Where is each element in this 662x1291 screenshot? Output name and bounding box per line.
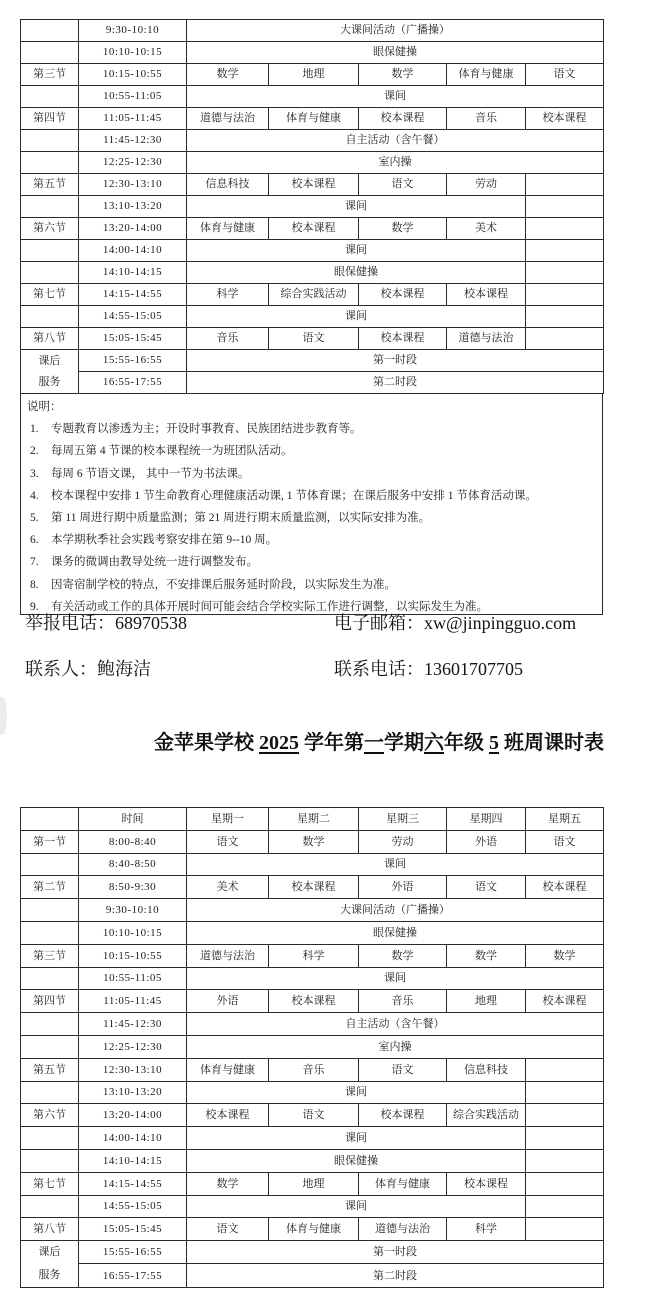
- period-cell: [21, 1195, 79, 1218]
- header-cell: 星期一: [187, 808, 269, 831]
- subject-cell: 音乐: [447, 108, 526, 130]
- note-item: 3.每周 6 节语文课， 其中一节为书法课。: [27, 463, 594, 485]
- time-cell: 10:10-10:15: [79, 921, 187, 944]
- subject-cell: 科学: [187, 284, 269, 306]
- time-cell: 14:55-15:05: [79, 306, 187, 328]
- time-cell: 14:15-14:55: [79, 284, 187, 306]
- subject-cell: 数学: [187, 1172, 269, 1195]
- span-cell: 第一时段: [187, 350, 604, 372]
- schedule-row: 课后服务15:55-16:55第一时段: [21, 1241, 604, 1264]
- subject-cell: 音乐: [269, 1058, 359, 1081]
- subject-cell: [526, 1127, 604, 1150]
- note-item: 5.第 11 周进行期中质量监测；第 21 周进行期末质量监测，以实际安排为准。: [27, 507, 594, 529]
- schedule-row: 14:10-14:15眼保健操: [21, 1149, 604, 1172]
- subject-cell: 音乐: [187, 328, 269, 350]
- subject-cell: 数学: [359, 218, 447, 240]
- time-cell: 10:55-11:05: [79, 967, 187, 990]
- subject-cell: 校本课程: [526, 108, 604, 130]
- subject-cell: 校本课程: [359, 284, 447, 306]
- period-cell: [21, 152, 79, 174]
- time-cell: 10:55-11:05: [79, 86, 187, 108]
- note-number: 7.: [27, 551, 51, 573]
- time-cell: 14:00-14:10: [79, 240, 187, 262]
- schedule-row: 10:10-10:15眼保健操: [21, 921, 604, 944]
- notes-list: 1.专题教育以渗透为主；开设时事教育、民族团结进步教育等。2.每周五第 4 节课…: [27, 418, 594, 615]
- schedule-row: 10:55-11:05课间: [21, 967, 604, 990]
- subject-cell: 校本课程: [269, 218, 359, 240]
- report-phone-label: 举报电话：: [25, 613, 115, 633]
- schedule-row: 课后服务15:55-16:55第一时段: [21, 350, 604, 372]
- subject-cell: 校本课程: [359, 108, 447, 130]
- schedule-row: 第七节14:15-14:55数学地理体育与健康校本课程: [21, 1172, 604, 1195]
- period-cell: 第五节: [21, 174, 79, 196]
- period-cell: [21, 967, 79, 990]
- schedule-row: 第五节12:30-13:10体育与健康音乐语文信息科技: [21, 1058, 604, 1081]
- schedule-row: 第七节14:15-14:55科学综合实践活动校本课程校本课程: [21, 284, 604, 306]
- schedule-row: 第三节10:15-10:55道德与法治科学数学数学数学: [21, 944, 604, 967]
- subject-cell: 数学: [447, 944, 526, 967]
- header-row: 时间星期一星期二星期三星期四星期五: [21, 808, 604, 831]
- period-cell: [21, 1081, 79, 1104]
- contact-phone-label: 联系电话：: [334, 659, 424, 679]
- notes-heading: 说明：: [27, 396, 62, 418]
- previous-class-schedule-table: 9:30-10:10大课间活动（广播操）10:10-10:15眼保健操第三节10…: [20, 19, 604, 394]
- note-item: 1.专题教育以渗透为主；开设时事教育、民族团结进步教育等。: [27, 418, 594, 440]
- time-cell: 10:15-10:55: [79, 944, 187, 967]
- subject-cell: 音乐: [359, 990, 447, 1013]
- subject-cell: 数学: [359, 944, 447, 967]
- period-cell: 第五节: [21, 1058, 79, 1081]
- page-edge-artifact: [0, 697, 7, 735]
- subject-cell: 语文: [187, 830, 269, 853]
- time-cell: 14:10-14:15: [79, 262, 187, 284]
- subject-cell: 数学: [269, 830, 359, 853]
- period-cell: 第六节: [21, 1104, 79, 1127]
- subject-cell: 数学: [187, 64, 269, 86]
- span-cell: 眼保健操: [187, 42, 604, 64]
- subject-cell: 校本课程: [187, 1104, 269, 1127]
- span-cell: 第一时段: [187, 1241, 604, 1264]
- time-cell: 13:10-13:20: [79, 196, 187, 218]
- header-cell: 星期三: [359, 808, 447, 831]
- subject-cell: 美术: [447, 218, 526, 240]
- subject-cell: 校本课程: [447, 1172, 526, 1195]
- subject-cell: 体育与健康: [269, 108, 359, 130]
- schedule-row: 9:30-10:10大课间活动（广播操）: [21, 20, 604, 42]
- note-number: 4.: [27, 485, 51, 507]
- time-cell: 12:25-12:30: [79, 152, 187, 174]
- time-cell: 8:50-9:30: [79, 876, 187, 899]
- span-cell: 课间: [187, 86, 604, 108]
- title-segment: 2025: [259, 732, 299, 754]
- span-cell: 自主活动（含午餐）: [187, 130, 604, 152]
- time-cell: 14:15-14:55: [79, 1172, 187, 1195]
- period-cell: [21, 306, 79, 328]
- period-cell: 第一节: [21, 830, 79, 853]
- time-cell: 10:15-10:55: [79, 64, 187, 86]
- schedule-row: 10:10-10:15眼保健操: [21, 42, 604, 64]
- contact-phone-value: 13601707705: [424, 659, 523, 679]
- note-item: 6.本学期秋季社会实践考察安排在第 9--10 周。: [27, 529, 594, 551]
- span-cell: 眼保健操: [187, 921, 604, 944]
- subject-cell: 语文: [447, 876, 526, 899]
- note-number: 5.: [27, 507, 51, 529]
- time-cell: 15:05-15:45: [79, 328, 187, 350]
- subject-cell: 体育与健康: [447, 64, 526, 86]
- time-cell: 10:10-10:15: [79, 42, 187, 64]
- period-cell: 课后服务: [21, 350, 79, 394]
- schedule-row: 第五节12:30-13:10信息科技校本课程语文劳动: [21, 174, 604, 196]
- schedule-row: 第一节8:00-8:40语文数学劳动外语语文: [21, 830, 604, 853]
- subject-cell: [526, 174, 604, 196]
- subject-cell: 语文: [526, 830, 604, 853]
- title-segment: 金苹果学校: [154, 732, 259, 754]
- schedule-row: 8:40-8:50课间: [21, 853, 604, 876]
- span-cell: 眼保健操: [187, 1149, 526, 1172]
- subject-cell: 校本课程: [269, 876, 359, 899]
- span-cell: 第二时段: [187, 1264, 604, 1287]
- subject-cell: 语文: [269, 1104, 359, 1127]
- subject-cell: 体育与健康: [269, 1218, 359, 1241]
- period-cell: 第七节: [21, 284, 79, 306]
- header-cell: 星期二: [269, 808, 359, 831]
- subject-cell: [526, 1081, 604, 1104]
- title-segment: 学年第: [299, 732, 364, 754]
- note-item: 4.校本课程中安排 1 节生命教育心理健康活动课, 1 节体育课；在课后服务中安…: [27, 485, 594, 507]
- subject-cell: 语文: [359, 174, 447, 196]
- time-cell: 11:45-12:30: [79, 130, 187, 152]
- subject-cell: 信息科技: [447, 1058, 526, 1081]
- period-cell: [21, 196, 79, 218]
- time-cell: 13:20-14:00: [79, 218, 187, 240]
- subject-cell: 劳动: [359, 830, 447, 853]
- span-cell: 自主活动（含午餐）: [187, 1013, 604, 1036]
- contact-phone-line: 联系电话：13601707705: [334, 655, 523, 681]
- subject-cell: 科学: [269, 944, 359, 967]
- email-line: 电子邮箱：xw@jinpingguo.com: [334, 609, 576, 635]
- header-cell: 星期四: [447, 808, 526, 831]
- subject-cell: 道德与法治: [359, 1218, 447, 1241]
- period-cell: 第三节: [21, 944, 79, 967]
- schedule-row: 12:25-12:30室内操: [21, 1035, 604, 1058]
- period-cell: [21, 1127, 79, 1150]
- time-cell: 9:30-10:10: [79, 899, 187, 922]
- title-segment: 5: [489, 732, 499, 754]
- schedule-row: 14:00-14:10课间: [21, 240, 604, 262]
- note-text: 校本课程中安排 1 节生命教育心理健康活动课, 1 节体育课；在课后服务中安排 …: [51, 485, 594, 507]
- period-cell: [21, 240, 79, 262]
- time-cell: 11:45-12:30: [79, 1013, 187, 1036]
- span-cell: 大课间活动（广播操）: [187, 20, 604, 42]
- time-cell: 12:25-12:30: [79, 1035, 187, 1058]
- title-segment: 六: [424, 732, 444, 754]
- span-cell: 课间: [187, 1127, 526, 1150]
- period-cell: [21, 86, 79, 108]
- time-cell: 8:00-8:40: [79, 830, 187, 853]
- subject-cell: [526, 284, 604, 306]
- schedule-row: 13:10-13:20课间: [21, 196, 604, 218]
- subject-cell: [526, 218, 604, 240]
- time-cell: 15:55-16:55: [79, 1241, 187, 1264]
- schedule-row: 11:45-12:30自主活动（含午餐）: [21, 1013, 604, 1036]
- period-cell: [21, 853, 79, 876]
- schedule-row: 第三节10:15-10:55数学地理数学体育与健康语文: [21, 64, 604, 86]
- subject-cell: 数学: [526, 944, 604, 967]
- span-cell: 眼保健操: [187, 262, 526, 284]
- subject-cell: [526, 1058, 604, 1081]
- schedule-row: 16:55-17:55第二时段: [21, 1264, 604, 1287]
- notes-heading-line: 说明：: [27, 396, 594, 418]
- subject-cell: 道德与法治: [187, 944, 269, 967]
- schedule-row: 14:10-14:15眼保健操: [21, 262, 604, 284]
- schedule-row: 第六节13:20-14:00体育与健康校本课程数学美术: [21, 218, 604, 240]
- header-cell: 时间: [79, 808, 187, 831]
- span-cell: 课间: [187, 306, 526, 328]
- period-line: 服务: [21, 1264, 78, 1287]
- note-item: 2.每周五第 4 节课的校本课程统一为班团队活动。: [27, 440, 594, 462]
- time-cell: 14:55-15:05: [79, 1195, 187, 1218]
- subject-cell: 校本课程: [269, 990, 359, 1013]
- note-number: 6.: [27, 529, 51, 551]
- span-cell: 课间: [187, 240, 526, 262]
- subject-cell: 道德与法治: [187, 108, 269, 130]
- schedule-row: 9:30-10:10大课间活动（广播操）: [21, 899, 604, 922]
- span-cell: 课间: [187, 1081, 526, 1104]
- time-cell: 14:10-14:15: [79, 1149, 187, 1172]
- note-text: 本学期秋季社会实践考察安排在第 9--10 周。: [51, 529, 594, 551]
- subject-cell: 数学: [359, 64, 447, 86]
- span-cell: 大课间活动（广播操）: [187, 899, 604, 922]
- note-number: 1.: [27, 418, 51, 440]
- period-cell: 第四节: [21, 990, 79, 1013]
- note-text: 因寄宿制学校的特点，不安排课后服务延时阶段，以实际发生为准。: [51, 574, 594, 596]
- time-cell: 16:55-17:55: [79, 372, 187, 394]
- subject-cell: 道德与法治: [447, 328, 526, 350]
- period-cell: [21, 20, 79, 42]
- note-text: 第 11 周进行期中质量监测；第 21 周进行期末质量监测，以实际安排为准。: [51, 507, 594, 529]
- weekly-class-schedule-table: 时间星期一星期二星期三星期四星期五第一节8:00-8:40语文数学劳动外语语文8…: [20, 807, 604, 1288]
- subject-cell: [526, 1218, 604, 1241]
- subject-cell: 语文: [269, 328, 359, 350]
- period-cell: [21, 899, 79, 922]
- subject-cell: 地理: [447, 990, 526, 1013]
- period-cell: [21, 1013, 79, 1036]
- subject-cell: [526, 1172, 604, 1195]
- subject-cell: [526, 1149, 604, 1172]
- note-item: 8.因寄宿制学校的特点，不安排课后服务延时阶段，以实际发生为准。: [27, 574, 594, 596]
- note-text: 专题教育以渗透为主；开设时事教育、民族团结进步教育等。: [51, 418, 594, 440]
- time-cell: 9:30-10:10: [79, 20, 187, 42]
- contact-person-label: 联系人：: [25, 659, 97, 679]
- subject-cell: 外语: [187, 990, 269, 1013]
- subject-cell: 美术: [187, 876, 269, 899]
- subject-cell: 地理: [269, 1172, 359, 1195]
- subject-cell: [526, 262, 604, 284]
- period-cell: [21, 42, 79, 64]
- schedule-row: 第二节8:50-9:30美术校本课程外语语文校本课程: [21, 876, 604, 899]
- period-cell: 第三节: [21, 64, 79, 86]
- title-segment: 班周课时表: [499, 732, 604, 754]
- subject-cell: 地理: [269, 64, 359, 86]
- subject-cell: 劳动: [447, 174, 526, 196]
- schedule-row: 10:55-11:05课间: [21, 86, 604, 108]
- subject-cell: 校本课程: [269, 174, 359, 196]
- time-cell: 12:30-13:10: [79, 1058, 187, 1081]
- schedule-row: 第八节15:05-15:45音乐语文校本课程道德与法治: [21, 328, 604, 350]
- subject-cell: 综合实践活动: [269, 284, 359, 306]
- schedule-row: 第四节11:05-11:45道德与法治体育与健康校本课程音乐校本课程: [21, 108, 604, 130]
- time-cell: 15:55-16:55: [79, 350, 187, 372]
- time-cell: 14:00-14:10: [79, 1127, 187, 1150]
- subject-cell: 校本课程: [359, 328, 447, 350]
- subject-cell: 语文: [526, 64, 604, 86]
- span-cell: 课间: [187, 196, 526, 218]
- period-cell: [21, 921, 79, 944]
- period-cell: 课后服务: [21, 1241, 79, 1288]
- period-cell: [21, 1035, 79, 1058]
- schedule-row: 13:10-13:20课间: [21, 1081, 604, 1104]
- subject-cell: 科学: [447, 1218, 526, 1241]
- subject-cell: [526, 306, 604, 328]
- period-line: 课后: [21, 351, 78, 372]
- span-cell: 课间: [187, 967, 604, 990]
- notes-box: 说明： 1.专题教育以渗透为主；开设时事教育、民族团结进步教育等。2.每周五第 …: [20, 393, 603, 615]
- period-cell: 第二节: [21, 876, 79, 899]
- subject-cell: 体育与健康: [187, 1058, 269, 1081]
- note-text: 每周 6 节语文课， 其中一节为书法课。: [51, 463, 594, 485]
- subject-cell: [526, 1104, 604, 1127]
- note-number: 8.: [27, 574, 51, 596]
- subject-cell: 校本课程: [359, 1104, 447, 1127]
- period-cell: [21, 130, 79, 152]
- schedule-row: 第四节11:05-11:45外语校本课程音乐地理校本课程: [21, 990, 604, 1013]
- period-cell: 第四节: [21, 108, 79, 130]
- title-segment: 一: [364, 732, 384, 754]
- time-cell: 11:05-11:45: [79, 990, 187, 1013]
- subject-cell: 校本课程: [526, 876, 604, 899]
- schedule-row: 第六节13:20-14:00校本课程语文校本课程综合实践活动: [21, 1104, 604, 1127]
- subject-cell: 体育与健康: [187, 218, 269, 240]
- subject-cell: 外语: [447, 830, 526, 853]
- subject-cell: 信息科技: [187, 174, 269, 196]
- subject-cell: [526, 328, 604, 350]
- span-cell: 第二时段: [187, 372, 604, 394]
- subject-cell: 语文: [359, 1058, 447, 1081]
- subject-cell: 外语: [359, 876, 447, 899]
- time-cell: 11:05-11:45: [79, 108, 187, 130]
- subject-cell: 校本课程: [447, 284, 526, 306]
- contact-person-value: 鲍海洁: [97, 659, 151, 679]
- subject-cell: 语文: [187, 1218, 269, 1241]
- schedule-row: 16:55-17:55第二时段: [21, 372, 604, 394]
- period-cell: 第八节: [21, 1218, 79, 1241]
- note-text: 每周五第 4 节课的校本课程统一为班团队活动。: [51, 440, 594, 462]
- subject-cell: [526, 196, 604, 218]
- header-cell: [21, 808, 79, 831]
- time-cell: 15:05-15:45: [79, 1218, 187, 1241]
- title-segment: 学期: [384, 732, 424, 754]
- contact-person-line: 联系人：鲍海洁: [25, 655, 151, 681]
- span-cell: 课间: [187, 1195, 526, 1218]
- period-cell: 第六节: [21, 218, 79, 240]
- note-number: 2.: [27, 440, 51, 462]
- subject-cell: [526, 240, 604, 262]
- time-cell: 16:55-17:55: [79, 1264, 187, 1287]
- report-phone-value: 68970538: [115, 613, 187, 633]
- period-cell: [21, 262, 79, 284]
- time-cell: 8:40-8:50: [79, 853, 187, 876]
- subject-cell: [526, 1195, 604, 1218]
- page-title: 金苹果学校 2025 学年第一学期六年级 5 班周课时表: [154, 726, 604, 755]
- period-line: 服务: [21, 372, 78, 393]
- subject-cell: 综合实践活动: [447, 1104, 526, 1127]
- schedule-row: 14:55-15:05课间: [21, 1195, 604, 1218]
- note-number: 3.: [27, 463, 51, 485]
- subject-cell: 体育与健康: [359, 1172, 447, 1195]
- period-cell: 第八节: [21, 328, 79, 350]
- scanned-timetable-page: 9:30-10:10大课间活动（广播操）10:10-10:15眼保健操第三节10…: [0, 0, 662, 1291]
- schedule-row: 11:45-12:30自主活动（含午餐）: [21, 130, 604, 152]
- header-cell: 星期五: [526, 808, 604, 831]
- subject-cell: 校本课程: [526, 990, 604, 1013]
- time-cell: 13:10-13:20: [79, 1081, 187, 1104]
- email-label: 电子邮箱：: [334, 613, 424, 633]
- schedule-row: 12:25-12:30室内操: [21, 152, 604, 174]
- email-value: xw@jinpingguo.com: [424, 613, 576, 633]
- span-cell: 室内操: [187, 1035, 604, 1058]
- period-line: 课后: [21, 1241, 78, 1264]
- report-phone-line: 举报电话：68970538: [25, 609, 187, 635]
- span-cell: 课间: [187, 853, 604, 876]
- schedule-row: 14:55-15:05课间: [21, 306, 604, 328]
- time-cell: 13:20-14:00: [79, 1104, 187, 1127]
- schedule-row: 14:00-14:10课间: [21, 1127, 604, 1150]
- note-item: 7.课务的微调由教导处统一进行调整发布。: [27, 551, 594, 573]
- schedule-row: 第八节15:05-15:45语文体育与健康道德与法治科学: [21, 1218, 604, 1241]
- title-segment: 年级: [444, 732, 489, 754]
- note-text: 课务的微调由教导处统一进行调整发布。: [51, 551, 594, 573]
- time-cell: 12:30-13:10: [79, 174, 187, 196]
- period-cell: 第七节: [21, 1172, 79, 1195]
- span-cell: 室内操: [187, 152, 604, 174]
- period-cell: [21, 1149, 79, 1172]
